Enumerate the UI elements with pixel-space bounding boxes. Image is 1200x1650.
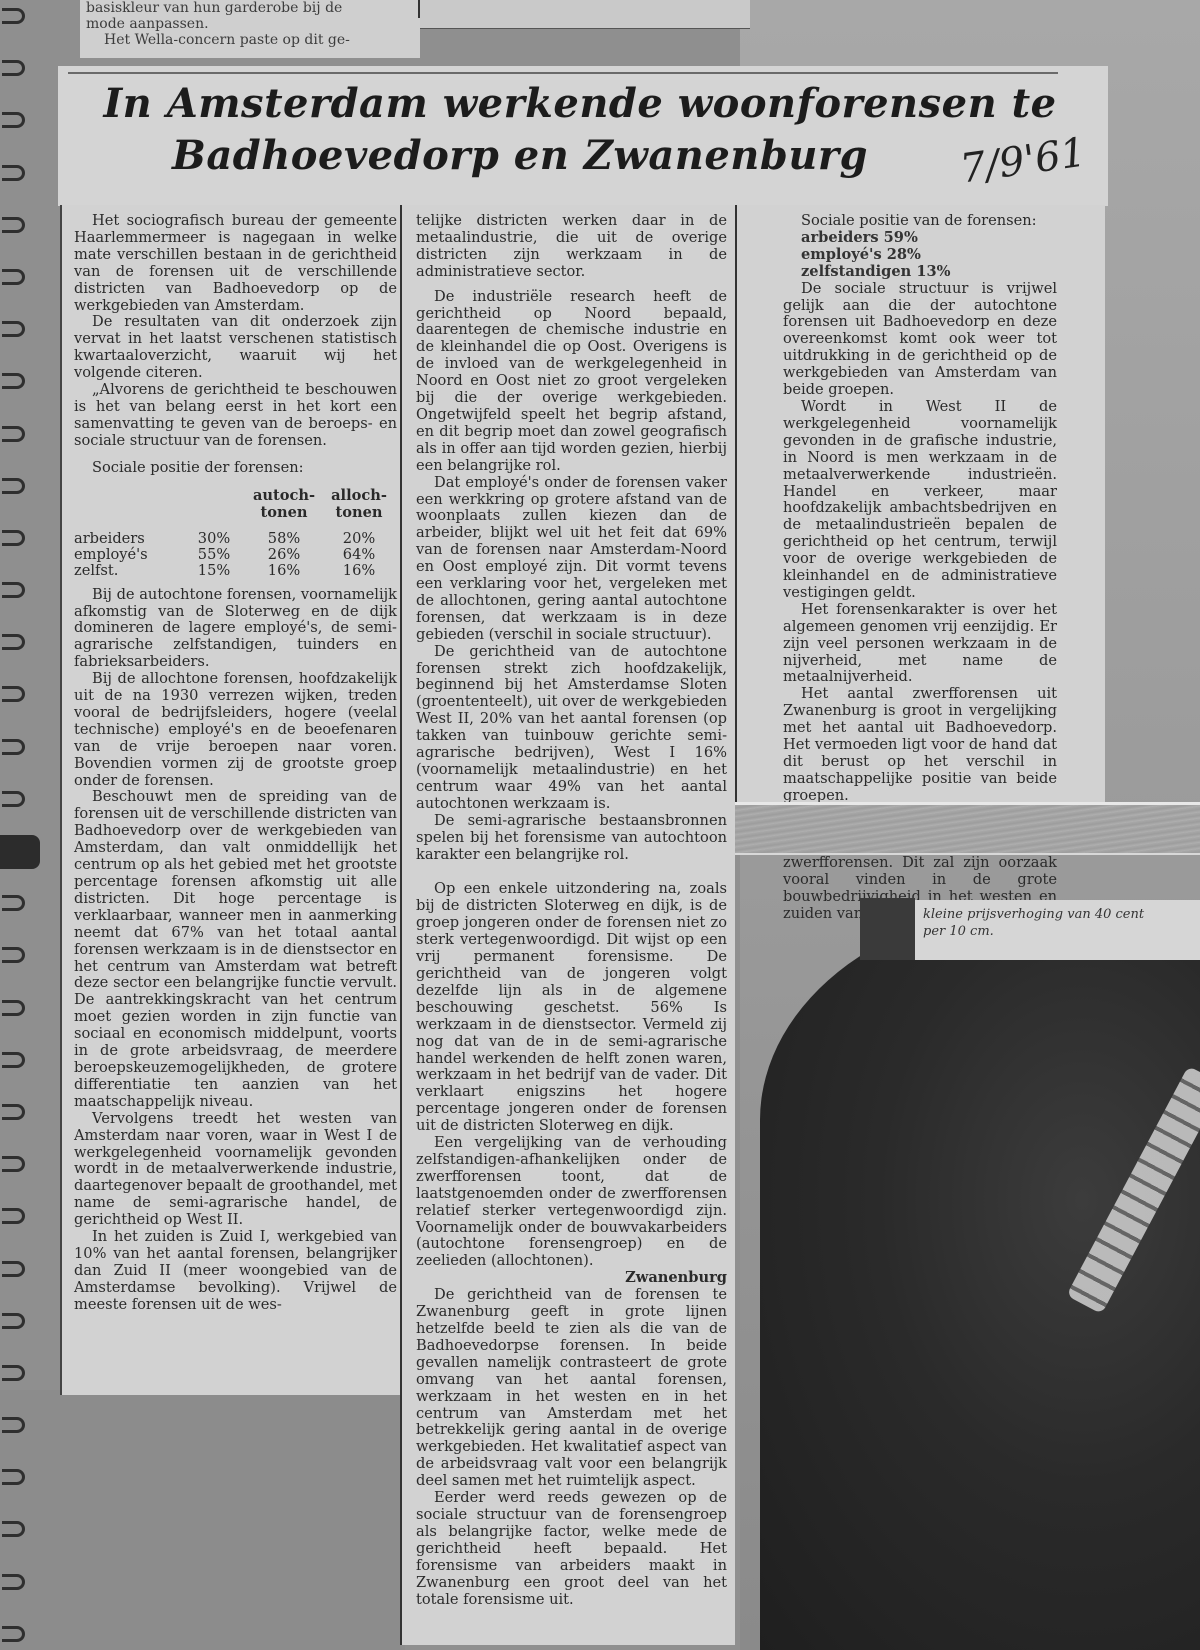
price-note-line: per 10 cm. xyxy=(923,923,1192,940)
scrap-line: Het Wella-concern paste op dit ge- xyxy=(86,32,414,48)
headline-line-2: Badhoevedorp en Zwanenburg xyxy=(60,130,1100,182)
social-position-item: employé's 28% xyxy=(783,247,1057,264)
paragraph: De resultaten van dit onderzoek zijn ver… xyxy=(74,314,397,382)
top-rule xyxy=(68,72,1058,74)
paragraph: Het forensenkarakter is over het algemee… xyxy=(783,602,1057,687)
wooden-edge xyxy=(735,802,1200,855)
table-row: arbeiders 30% 58% 20% xyxy=(74,531,397,547)
paragraph: Bij de allochtone forensen, hoofdzakelij… xyxy=(74,671,397,789)
social-position-table: Sociale positie der forensen: autoch-ton… xyxy=(74,460,397,579)
paragraph: Dat employé's onder de forensen vaker ee… xyxy=(416,475,727,644)
header-autochtonen: autoch-tonen xyxy=(244,487,324,521)
scrap-line: mode aanpassen. xyxy=(86,16,414,32)
article-column-2: telijke districten werken daar in de met… xyxy=(400,205,735,1645)
paragraph: telijke districten werken daar in de met… xyxy=(416,213,727,281)
table-header: autoch-tonen alloch-tonen xyxy=(74,487,397,521)
paragraph: Op een enkele uitzondering na, zoals bij… xyxy=(416,881,727,1135)
paragraph: Een vergelijking van de verhouding zelfs… xyxy=(416,1135,727,1270)
spiral-binding xyxy=(0,0,30,1650)
paragraph: Beschouwt men de spreiding van de forens… xyxy=(74,789,397,1110)
background-lower xyxy=(0,1390,405,1650)
social-position-item: zelfstandigen 13% xyxy=(783,264,1057,281)
price-note-clipping: kleine prijsverhoging van 40 cent per 10… xyxy=(915,900,1200,960)
social-position-item: arbeiders 59% xyxy=(783,230,1057,247)
paragraph: De semi-agrarische bestaansbronnen spele… xyxy=(416,813,727,864)
article-headline: In Amsterdam werkende woonforensen te Ba… xyxy=(60,78,1100,182)
subheading-zwanenburg: Zwanenburg xyxy=(416,1270,727,1287)
paragraph: Eerder werd reeds gewezen op de sociale … xyxy=(416,1490,727,1608)
paragraph: De gerichtheid van de forensen te Zwanen… xyxy=(416,1287,727,1490)
article-column-3: Sociale positie van de forensen: arbeide… xyxy=(735,205,1105,805)
paragraph: In het zuiden is Zuid I, werkgebied van … xyxy=(74,1229,397,1314)
table-title: Sociale positie der forensen: xyxy=(74,460,397,477)
header-allochtonen: alloch-tonen xyxy=(324,487,394,521)
previous-clipping-fragment-right xyxy=(420,0,750,29)
hand-photo-region xyxy=(760,900,1200,1650)
paragraph: Bij de autochtone forensen, voornamelijk… xyxy=(74,587,397,672)
paragraph: „Alvorens de gerichtheid te beschouwen i… xyxy=(74,382,397,450)
binding-clip xyxy=(0,835,40,869)
table-row: zelfst. 15% 16% 16% xyxy=(74,563,397,579)
paragraph: Het sociografisch bureau der gemeente Ha… xyxy=(74,213,397,314)
social-position-title: Sociale positie van de forensen: xyxy=(783,213,1057,230)
article-column-1: Het sociografisch bureau der gemeente Ha… xyxy=(60,205,405,1395)
paragraph: Het aantal zwerfforensen uit Zwanenburg … xyxy=(783,686,1057,804)
headline-line-1: In Amsterdam werkende woonforensen te xyxy=(60,78,1100,130)
previous-clipping-fragment: basiskleur van hun garderobe bij de mode… xyxy=(80,0,420,58)
paragraph: De gerichtheid van de autochtone forense… xyxy=(416,644,727,813)
paragraph: De sociale structuur is vrijwel gelijk a… xyxy=(783,281,1057,399)
paragraph: Wordt in West II de werkgelegenheid voor… xyxy=(783,399,1057,602)
paragraph: De industriële research heeft de gericht… xyxy=(416,289,727,475)
paragraph: Vervolgens treedt het westen van Amsterd… xyxy=(74,1111,397,1229)
price-note-line: kleine prijsverhoging van 40 cent xyxy=(923,906,1192,923)
table-row: employé's 55% 26% 64% xyxy=(74,547,397,563)
scrap-line: basiskleur van hun garderobe bij de xyxy=(86,0,414,16)
shadow-block xyxy=(860,898,915,960)
